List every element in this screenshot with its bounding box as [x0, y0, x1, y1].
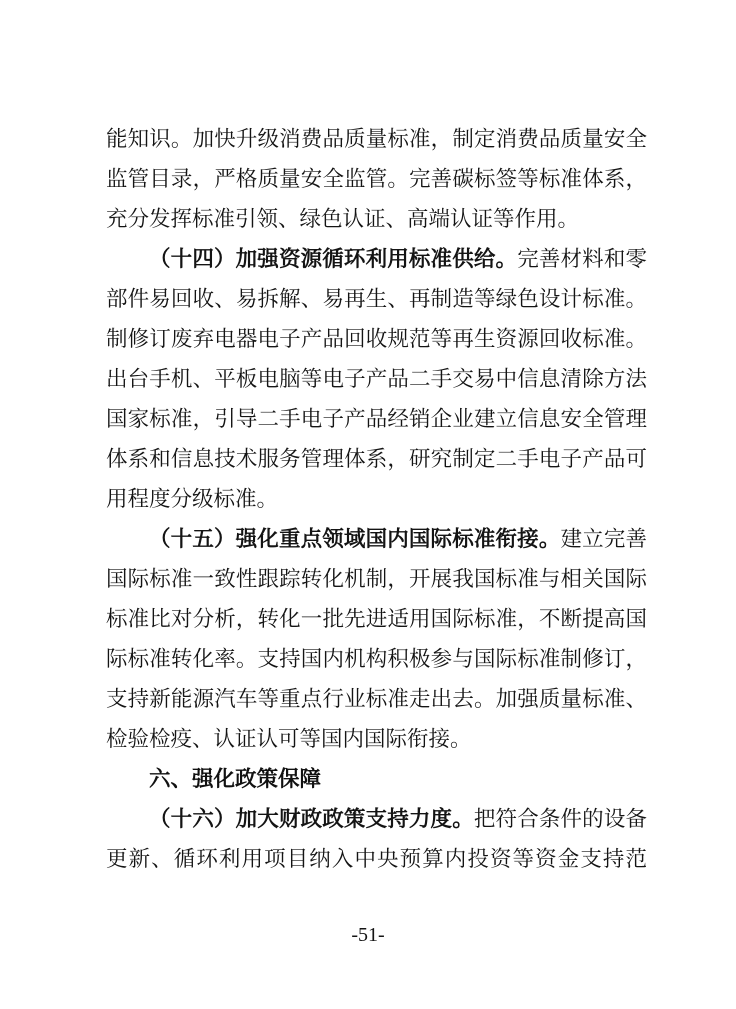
text-run: 标准比对分析，转化一批先进适用国际标准，不断提高国: [106, 607, 647, 631]
text-run: 能知识。加快升级消费品质量标准，制定消费品质量安全: [106, 127, 647, 151]
text-run: 充分发挥标准引领、绿色认证、高端认证等作用。: [106, 207, 579, 231]
text-run: 支持新能源汽车等重点行业标准走出去。加强质量标准、: [106, 687, 647, 711]
section-heading: 六、强化政策保障: [106, 759, 647, 799]
text-line: 标准比对分析，转化一批先进适用国际标准，不断提高国: [106, 599, 647, 639]
text-run: 部件易回收、易拆解、易再生、再制造等绿色设计标准。: [106, 287, 647, 311]
text-run: 制修订废弃电器电子产品回收规范等再生资源回收标准。: [106, 327, 647, 351]
text-run: 建立完善: [561, 527, 647, 551]
text-run: 完善材料和零: [517, 247, 647, 271]
text-line: 用程度分级标准。: [106, 479, 647, 519]
text-run-bold: （十五）强化重点领域国内国际标准衔接。: [149, 527, 561, 551]
page-number: -51-: [0, 921, 736, 949]
text-line: 能知识。加快升级消费品质量标准，制定消费品质量安全: [106, 119, 647, 159]
text-run: 出台手机、平板电脑等电子产品二手交易中信息清除方法: [106, 367, 647, 391]
text-line: 部件易回收、易拆解、易再生、再制造等绿色设计标准。: [106, 279, 647, 319]
text-run-bold: （十四）加强资源循环利用标准供给。: [149, 247, 517, 271]
text-line: 国家标准，引导二手电子产品经销企业建立信息安全管理: [106, 399, 647, 439]
text-run-bold: （十六）加大财政政策支持力度。: [149, 807, 474, 831]
text-line: （十五）强化重点领域国内国际标准衔接。建立完善: [106, 519, 647, 559]
text-run: 国家标准，引导二手电子产品经销企业建立信息安全管理: [106, 407, 647, 431]
text-line: （十六）加大财政政策支持力度。把符合条件的设备: [106, 799, 647, 839]
text-line: 际标准转化率。支持国内机构积极参与国际标准制修订，: [106, 639, 647, 679]
text-run: 监管目录，严格质量安全监管。完善碳标签等标准体系，: [106, 167, 647, 191]
text-run: 检验检疫、认证认可等国内国际衔接。: [106, 727, 472, 751]
text-line: 出台手机、平板电脑等电子产品二手交易中信息清除方法: [106, 359, 647, 399]
text-line: 充分发挥标准引领、绿色认证、高端认证等作用。: [106, 199, 647, 239]
text-line: 监管目录，严格质量安全监管。完善碳标签等标准体系，: [106, 159, 647, 199]
text-line: 更新、循环利用项目纳入中央预算内投资等资金支持范: [106, 839, 647, 879]
document-text-block: 能知识。加快升级消费品质量标准，制定消费品质量安全监管目录，严格质量安全监管。完…: [106, 119, 647, 879]
text-run: 国际标准一致性跟踪转化机制，开展我国标准与相关国际: [106, 567, 647, 591]
text-line: 制修订废弃电器电子产品回收规范等再生资源回收标准。: [106, 319, 647, 359]
text-line: 体系和信息技术服务管理体系，研究制定二手电子产品可: [106, 439, 647, 479]
text-run: 际标准转化率。支持国内机构积极参与国际标准制修订，: [106, 647, 647, 671]
text-line: 国际标准一致性跟踪转化机制，开展我国标准与相关国际: [106, 559, 647, 599]
text-line: 检验检疫、认证认可等国内国际衔接。: [106, 719, 647, 759]
text-line: （十四）加强资源循环利用标准供给。完善材料和零: [106, 239, 647, 279]
text-run: 把符合条件的设备: [474, 807, 647, 831]
document-page: 能知识。加快升级消费品质量标准，制定消费品质量安全监管目录，严格质量安全监管。完…: [0, 0, 736, 1009]
text-line: 支持新能源汽车等重点行业标准走出去。加强质量标准、: [106, 679, 647, 719]
text-run-bold: 六、强化政策保障: [149, 767, 321, 791]
text-run: 用程度分级标准。: [106, 487, 278, 511]
text-run: 体系和信息技术服务管理体系，研究制定二手电子产品可: [106, 447, 647, 471]
text-run: 更新、循环利用项目纳入中央预算内投资等资金支持范: [106, 847, 647, 871]
